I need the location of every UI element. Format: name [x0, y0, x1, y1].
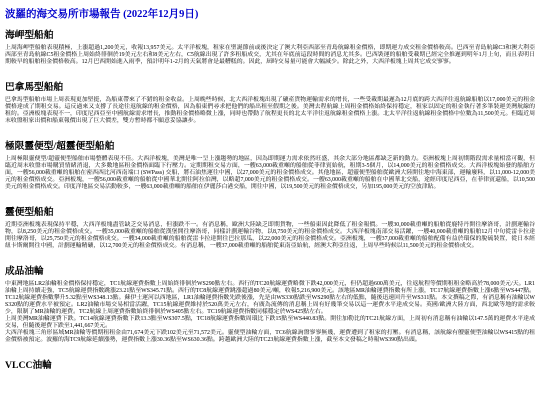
- product-tankers-paragraph-usgulf: 上周美灣MR油輪運費下跌。TC14航線運費指數下跌13.3點至WS307.5點，…: [5, 316, 535, 330]
- product-tankers-heading: 成品油輪: [5, 263, 535, 277]
- ultramax-supramax-paragraph: 上周極限靈便型/超靈便型船舶市場整體表現不佳。大西洋板塊，美灣是唯一呈上漲趨勢的…: [5, 156, 535, 191]
- panamax-heading: 巴拿馬型船舶: [5, 79, 535, 93]
- product-tankers-paragraph-east: 中東灣地區LR2油輪租金價格保持穩定，TC1航線運費指數上周始終徘徊於WS290…: [5, 281, 535, 316]
- product-tankers-paragraph-atlantic: 大西洋板塊三角形區域MR油輪等價期租租金由71,674美元下跌102美元至71,…: [5, 330, 535, 344]
- section-vlcc: VLCC油輪: [5, 357, 535, 371]
- section-product-tankers: 成品油輪 中東灣地區LR2油輪租金價格保持穩定，TC1航線運費指數上周始終徘徊於…: [5, 263, 535, 344]
- vlcc-heading: VLCC油輪: [5, 357, 535, 371]
- panamax-paragraph: 巴拿馬型船舶市場上周表現更加堅挺，為船東帶來了不錯的租金收益。上周晚些時候，北大…: [5, 97, 535, 125]
- report-title: 波羅的海交易所市場報告 (2022年12月9日): [5, 6, 535, 21]
- section-capesize: 海岬型船舶 上周海岬型船舶表現積極，上漲超過1,200美元，收報13,957美元…: [5, 27, 535, 66]
- section-ultramax-supramax: 極限靈便型/超靈便型船舶 上周極限靈便型/超靈便型船舶市場整體表現不佳。大西洋板…: [5, 138, 535, 191]
- ultramax-supramax-heading: 極限靈便型/超靈便型船舶: [5, 138, 535, 152]
- section-handysize: 靈便型船舶 近期亞洲板塊表現保持平穩，大西洋板塊盡管缺乏交易消息，但漲跌不一。有…: [5, 204, 535, 250]
- handysize-paragraph: 近期亞洲板塊表現保持平穩，大西洋板塊盡管缺乏交易消息，但漲跌不一。有消息稱，歐洲…: [5, 222, 535, 250]
- handysize-heading: 靈便型船舶: [5, 204, 535, 218]
- market-report-document: 波羅的海交易所市場報告 (2022年12月9日) 海岬型船舶 上周海岬型船舶表現…: [0, 0, 540, 405]
- capesize-heading: 海岬型船舶: [5, 27, 535, 41]
- section-panamax: 巴拿馬型船舶 巴拿馬型船舶市場上周表現更加堅挺，為船東帶來了不錯的租金收益。上周…: [5, 79, 535, 125]
- capesize-paragraph: 上周海岬型船舶表現積極，上漲超過1,200美元，收報13,957美元。太平洋板塊…: [5, 45, 535, 66]
